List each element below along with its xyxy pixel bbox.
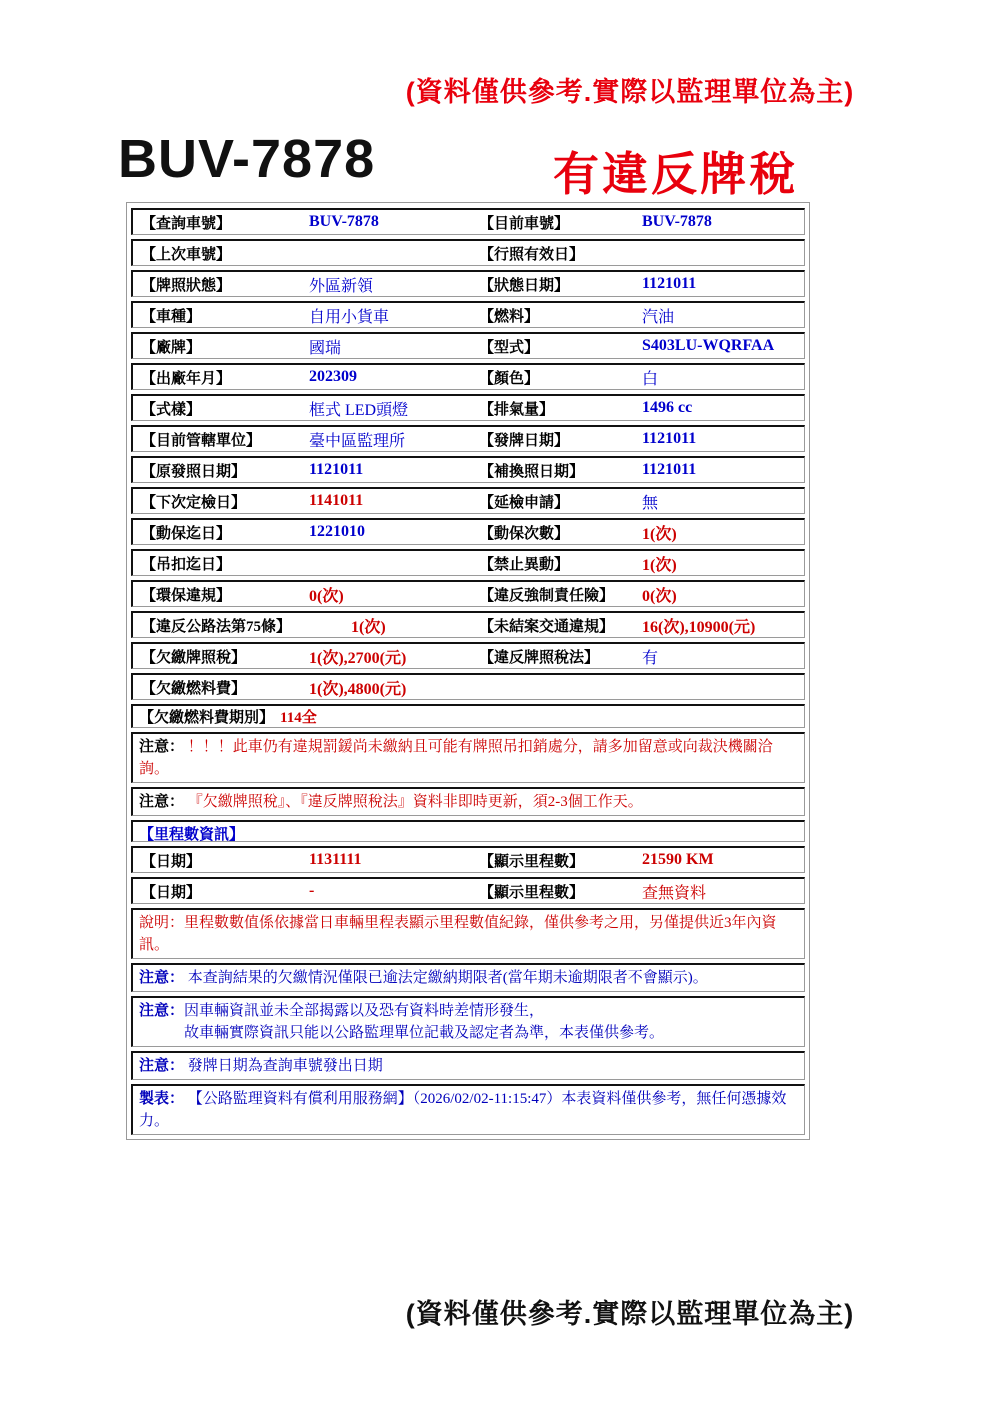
note-text: 『欠繳牌照稅』、『違反牌照稅法』資料非即時更新，須2-3個工作天。 — [188, 794, 643, 810]
value-color: 白 — [642, 366, 804, 389]
vehicle-lookup-page: (資料僅供參考.實際以監理單位為主) BUV-7878 有違反牌稅 【查詢車號】… — [0, 0, 992, 1403]
label-plate-tax-violation: 【違反牌照稅法】 — [479, 646, 642, 667]
note-text: 發牌日期為查詢車號發出日期 — [188, 1058, 383, 1074]
maker-text: 【公路監理資料有償利用服務網】（2026/02/02-11:15:47）本表資料… — [139, 1091, 786, 1129]
label-jurisdiction-office: 【目前管轄單位】 — [141, 429, 309, 450]
value-odometer-2: 查無資料 — [642, 880, 804, 903]
top-disclaimer: (資料僅供參考.實際以監理單位為主) — [0, 70, 992, 109]
bottom-disclaimer: (資料僅供參考.實際以監理單位為主) — [0, 1292, 992, 1331]
row-make-model: 【廠牌】 國瑞 【型式】 S403LU-WQRFAA — [131, 332, 805, 359]
label-unpaid-plate-tax: 【欠繳牌照稅】 — [141, 646, 309, 667]
value-mortgage-count: 1(次) — [642, 521, 804, 544]
value-mileage-date-1: 1131111 — [309, 851, 479, 869]
label-query-plate: 【查詢車號】 — [141, 212, 309, 233]
value-make: 國瑞 — [309, 335, 479, 358]
label-model-code: 【型式】 — [479, 336, 642, 357]
value-status-date: 1121011 — [642, 275, 804, 293]
label-plate-status: 【牌照狀態】 — [141, 274, 309, 295]
label-next-inspection-date: 【下次定檢日】 — [141, 491, 309, 512]
note-prefix: 注意： — [139, 1058, 184, 1074]
label-license-valid-date: 【行照有效日】 — [479, 243, 642, 264]
row-jurisdiction-issue: 【目前管轄單位】 臺中區監理所 【發牌日期】 1121011 — [131, 425, 805, 452]
note-prefix: 注意： — [139, 1000, 184, 1022]
row-vehicle-type: 【車種】 自用小貨車 【燃料】 汽油 — [131, 301, 805, 328]
note-text: 說明：里程數數值係依據當日車輛里程表顯示里程數值紀錄，僅供參考之用，另僅提供近3… — [139, 915, 777, 953]
label-env-violation: 【環保違規】 — [141, 584, 309, 605]
row-previous-plate: 【上次車號】 【行照有效日】 — [131, 239, 805, 266]
value-model-code: S403LU-WQRFAA — [642, 337, 804, 355]
note-prefix: 注意： — [139, 739, 184, 755]
note-report-maker: 製表： 【公路監理資料有償利用服務網】（2026/02/02-11:15:47）… — [131, 1084, 805, 1135]
note-data-accuracy: 注意： 因車輛資訊並未全部揭露以及恐有資料時差情形發生，故車輛實際資訊只能以公路… — [131, 996, 805, 1047]
note-issue-date-meaning: 注意： 發牌日期為查詢車號發出日期 — [131, 1051, 805, 1080]
value-original-license-date: 1121011 — [309, 461, 479, 479]
label-displacement: 【排氣量】 — [479, 398, 642, 419]
label-suspension-until: 【吊扣迄日】 — [141, 553, 309, 574]
value-style: 框式 LED頭燈 — [309, 397, 479, 420]
value-compulsory-insurance-violation: 0(次) — [642, 583, 804, 606]
value-odometer-1: 21590 KM — [642, 851, 804, 869]
label-pending-traffic-violations: 【未結案交通違規】 — [479, 615, 642, 636]
label-highway-act-75: 【違反公路法第75條】 — [141, 615, 351, 636]
value-highway-act-75: 1(次) — [351, 614, 479, 637]
note-overdue-scope: 注意： 本查詢結果的欠繳情況僅限已逾法定繳納期限者(當年期未逾期限者不會顯示)。 — [131, 963, 805, 992]
label-inspection-extension: 【延檢申請】 — [479, 491, 642, 512]
label-mortgage-until: 【動保迄日】 — [141, 522, 309, 543]
value-license-replace-date: 1121011 — [642, 461, 804, 479]
label-compulsory-insurance-violation: 【違反強制責任險】 — [479, 584, 642, 605]
row-mileage-1: 【日期】 1131111 【顯示里程數】 21590 KM — [131, 846, 805, 873]
row-env-insurance: 【環保違規】 0(次) 【違反強制責任險】 0(次) — [131, 580, 805, 607]
label-mileage-date-2: 【日期】 — [141, 881, 309, 902]
value-mileage-date-2: - — [309, 882, 479, 900]
label-license-replace-date: 【補換照日期】 — [479, 460, 642, 481]
violation-flag-title: 有違反牌稅 — [553, 138, 798, 204]
value-displacement: 1496 cc — [642, 399, 804, 417]
label-manufacture-date: 【出廠年月】 — [141, 367, 309, 388]
note-text: 本查詢結果的欠繳情況僅限已逾法定繳納期限者(當年期未逾期限者不會顯示)。 — [188, 970, 708, 986]
value-pending-traffic-violations: 16(次),10900(元) — [642, 614, 804, 637]
value-fuel-fee-period: 114全 — [280, 710, 317, 726]
section-mileage-info: 【里程數資訊】 — [131, 820, 805, 842]
label-make: 【廠牌】 — [141, 336, 309, 357]
maker-prefix: 製表： — [139, 1091, 184, 1107]
value-current-plate: BUV-7878 — [642, 213, 804, 231]
value-query-plate: BUV-7878 — [309, 213, 479, 231]
value-unpaid-plate-tax: 1(次),2700(元) — [309, 645, 479, 668]
section-title: 【里程數資訊】 — [139, 827, 244, 843]
value-transfer-ban: 1(次) — [642, 552, 804, 575]
label-mileage-date-1: 【日期】 — [141, 850, 309, 871]
value-inspection-extension: 無 — [642, 490, 804, 513]
row-plate-numbers: 【查詢車號】 BUV-7878 【目前車號】 BUV-7878 — [131, 208, 805, 235]
label-color: 【顏色】 — [479, 367, 642, 388]
label-mortgage-count: 【動保次數】 — [479, 522, 642, 543]
label-fuel-fee-period: 【欠繳燃料費期別】 — [139, 710, 274, 726]
note-prefix: 注意： — [139, 970, 184, 986]
value-unpaid-fuel-fee: 1(次),4800(元) — [309, 676, 479, 699]
value-fuel-type: 汽油 — [642, 304, 804, 327]
row-style-displacement: 【式樣】 框式 LED頭燈 【排氣量】 1496 cc — [131, 394, 805, 421]
row-manufacture-color: 【出廠年月】 202309 【顏色】 白 — [131, 363, 805, 390]
row-traffic-violations: 【違反公路法第75條】 1(次) 【未結案交通違規】 16(次),10900(元… — [131, 611, 805, 638]
value-plate-status: 外區新領 — [309, 273, 479, 296]
label-status-date: 【狀態日期】 — [479, 274, 642, 295]
row-license-dates: 【原發照日期】 1121011 【補換照日期】 1121011 — [131, 456, 805, 483]
row-plate-status: 【牌照狀態】 外區新領 【狀態日期】 1121011 — [131, 270, 805, 297]
value-manufacture-date: 202309 — [309, 368, 479, 386]
note-tax-data-delay: 注意： 『欠繳牌照稅』、『違反牌照稅法』資料非即時更新，須2-3個工作天。 — [131, 787, 805, 816]
row-suspension-ban: 【吊扣迄日】 【禁止異動】 1(次) — [131, 549, 805, 576]
label-fuel-type: 【燃料】 — [479, 305, 642, 326]
label-unpaid-fuel-fee: 【欠繳燃料費】 — [141, 677, 309, 698]
value-plate-issue-date: 1121011 — [642, 430, 804, 448]
row-fuel-fee-period: 【欠繳燃料費期別】114全 — [131, 704, 805, 728]
note-mileage-explain: 說明：里程數數值係依據當日車輛里程表顯示里程數值紀錄，僅供參考之用，另僅提供近3… — [131, 908, 805, 959]
value-next-inspection-date: 1141011 — [309, 492, 479, 510]
row-mortgage: 【動保迄日】 1221010 【動保次數】 1(次) — [131, 518, 805, 545]
row-inspection: 【下次定檢日】 1141011 【延檢申請】 無 — [131, 487, 805, 514]
value-mortgage-until: 1221010 — [309, 523, 479, 541]
note-prefix: 注意： — [139, 794, 184, 810]
label-previous-plate: 【上次車號】 — [141, 243, 309, 264]
value-jurisdiction-office: 臺中區監理所 — [309, 428, 479, 451]
note-text: ！！！此車仍有違規罰鍰尚未繳納且可能有牌照吊扣銷處分，請多加留意或向裁決機關洽詢… — [139, 739, 773, 777]
value-env-violation: 0(次) — [309, 583, 479, 606]
label-odometer-2: 【顯示里程數】 — [479, 881, 642, 902]
label-original-license-date: 【原發照日期】 — [141, 460, 309, 481]
label-vehicle-type: 【車種】 — [141, 305, 309, 326]
row-mileage-2: 【日期】 - 【顯示里程數】 查無資料 — [131, 877, 805, 904]
label-style: 【式樣】 — [141, 398, 309, 419]
note-unpaid-fines-warning: 注意： ！！！此車仍有違規罰鍰尚未繳納且可能有牌照吊扣銷處分，請多加留意或向裁決… — [131, 732, 805, 783]
label-current-plate: 【目前車號】 — [479, 212, 642, 233]
row-fuel-fee: 【欠繳燃料費】 1(次),4800(元) — [131, 673, 805, 700]
label-transfer-ban: 【禁止異動】 — [479, 553, 642, 574]
value-vehicle-type: 自用小貨車 — [309, 304, 479, 327]
row-plate-tax: 【欠繳牌照稅】 1(次),2700(元) 【違反牌照稅法】 有 — [131, 642, 805, 669]
vehicle-report-table: 【查詢車號】 BUV-7878 【目前車號】 BUV-7878 【上次車號】 【… — [126, 202, 810, 1140]
note-text: 因車輛資訊並未全部揭露以及恐有資料時差情形發生，故車輛實際資訊只能以公路監理單位… — [184, 1000, 798, 1044]
value-plate-tax-violation: 有 — [642, 645, 804, 668]
label-odometer-1: 【顯示里程數】 — [479, 850, 642, 871]
plate-number-title: BUV-7878 — [118, 128, 375, 190]
label-plate-issue-date: 【發牌日期】 — [479, 429, 642, 450]
